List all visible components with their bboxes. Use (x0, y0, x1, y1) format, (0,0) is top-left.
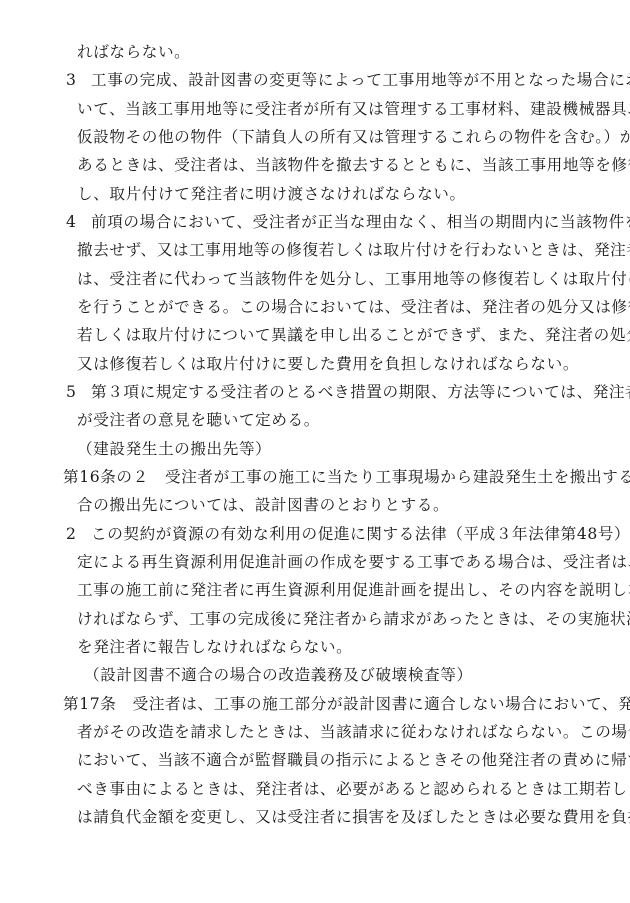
document-page: ればならない。 3 工事の完成、設計図書の変更等によって工事用地等が不用となった… (0, 0, 630, 903)
line-07: 前項の場合において、受注者が正当な理由なく、相当の期間内に当該物件を (91, 212, 630, 232)
line-22: を発注者に報告しなければならない。 (77, 637, 352, 657)
article-16-2: 第16条の２ 受注者が工事の施工に当たり工事現場から建設発生土を搬出する場 (63, 467, 630, 487)
item-number-4: 4 (66, 212, 76, 232)
line-17: 合の搬出先については、設計図書のとおりとする。 (77, 495, 449, 515)
line-06: し、取片付けて発注者に明け渡さなければならない。 (77, 184, 466, 204)
line-28: は請負代金額を変更し、又は受注者に損害を及ぼしたときは必要な費用を負担 (77, 807, 630, 827)
item-number-2: 2 (66, 524, 76, 544)
line-27: べき事由によるときは、発注者は、必要があると認められるときは工期若しく (77, 779, 630, 799)
line-25: 者がその改造を請求したときは、当該請求に従わなければならない。この場合 (77, 722, 630, 742)
line-02: 工事の完成、設計図書の変更等によって工事用地等が不用となった場合にお (91, 70, 630, 90)
line-04: 仮設物その他の物件（下請負人の所有又は管理するこれらの物件を含む。）が (77, 127, 630, 147)
section-heading-soil: （建設発生土の搬出先等） (77, 439, 271, 459)
line-03: いて、当該工事用地等に受注者が所有又は管理する工事材料、建設機械器具、 (77, 99, 630, 119)
line-13: 第３項に規定する受注者のとるべき措置の期限、方法等については、発注者 (91, 382, 630, 402)
line-11: 若しくは取片付けについて異議を申し出ることができず、また、発注者の処分 (77, 325, 630, 345)
line-10: を行うことができる。この場合においては、受注者は、発注者の処分又は修復 (77, 297, 630, 317)
line-05: あるときは、受注者は、当該物件を撤去するとともに、当該工事用地等を修復 (77, 155, 630, 175)
item-number-5: 5 (66, 382, 76, 402)
article-17: 第17条 受注者は、工事の施工部分が設計図書に適合しない場合において、発注 (63, 694, 630, 714)
line-20: 工事の施工前に発注者に再生資源利用促進計画を提出し、その内容を説明しな (77, 580, 630, 600)
line-08: 撤去せず、又は工事用地等の修復若しくは取片付けを行わないときは、発注者 (77, 240, 630, 260)
item-number-3: 3 (66, 70, 76, 90)
line-26: において、当該不適合が監督職員の指示によるときその他発注者の責めに帰す (77, 750, 630, 770)
line-21: ければならず、工事の完成後に発注者から請求があったときは、その実施状況 (77, 609, 630, 629)
line-14: が受注者の意見を聴いて定める。 (77, 410, 320, 430)
line-19: 定による再生資源利用促進計画の作成を要する工事である場合は、受注者は、 (77, 552, 630, 572)
line-09: は、受注者に代わって当該物件を処分し、工事用地等の修復若しくは取片付け (77, 269, 630, 289)
line-01: ればならない。 (77, 42, 190, 62)
line-18: この契約が資源の有効な利用の促進に関する法律（平成３年法律第48号）の規 (91, 524, 630, 544)
section-heading-design: （設計図書不適合の場合の改造義務及び破壊検査等） (84, 665, 473, 685)
line-12: 又は修復若しくは取片付けに要した費用を負担しなければならない。 (77, 354, 579, 374)
